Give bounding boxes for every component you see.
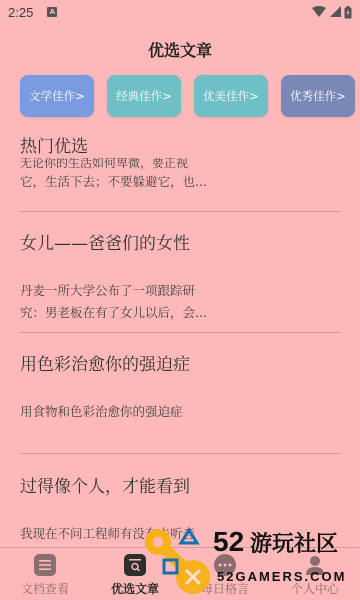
signal-icon [329,6,341,18]
article-search-icon [124,554,146,576]
status-bar: 2:25 A [0,0,360,24]
bottom-nav: 文档查看 优选文章 每日格言 个人中心 [0,547,360,600]
article-desc-line2: 它，生活下去；不要躲避它，也... [20,171,340,193]
page-title: 优选文章 [0,38,360,61]
article-desc-line1: 丹麦一所大学公布了一项跟踪研 [20,280,340,302]
list-item[interactable]: 过得像个人，才能看到 我现在不问工程师有没有去听音 乐、看展览，后工程... [20,454,340,547]
person-icon [304,554,326,576]
chat-bubble-icon [214,554,236,576]
category-row: 文学佳作> 经典佳作> 优美佳作> 优秀佳作> [20,75,355,117]
category-button-classic[interactable]: 经典佳作> [107,75,181,117]
article-desc-line2: 究：男老板在有了女儿以后，会... [20,302,340,324]
article-list[interactable]: 热门优选 无论你的生活如何卑微，要正视 它，生活下去；不要躲避它，也... 女儿… [20,122,340,547]
category-button-beautiful[interactable]: 优美佳作> [194,75,268,117]
battery-icon [344,6,352,19]
nav-label: 文档查看 [21,580,69,597]
wifi-icon [312,6,326,18]
nav-item-documents[interactable]: 文档查看 [0,548,90,600]
nav-item-articles[interactable]: 优选文章 [90,548,180,600]
article-title: 女儿——爸爸们的女性 [20,229,340,254]
status-time: 2:25 [8,5,33,20]
list-item[interactable]: 女儿——爸爸们的女性 丹麦一所大学公布了一项跟踪研 究：男老板在有了女儿以后，会… [20,212,340,333]
list-item[interactable]: 用色彩治愈你的强迫症 用食物和色彩治愈你的强迫症 [20,333,340,454]
nav-item-quotes[interactable]: 每日格言 [180,548,270,600]
document-icon [34,554,56,576]
article-desc-line1: 我现在不问工程师有没有去听音 [20,523,340,545]
nav-label: 优选文章 [111,580,159,597]
article-desc-line1: 无论你的生活如何卑微，要正视 [20,158,340,171]
notification-icon: A [47,7,57,17]
category-button-excellent[interactable]: 优秀佳作> [281,75,355,117]
article-desc-line1: 用食物和色彩治愈你的强迫症 [20,401,340,423]
list-item[interactable]: 热门优选 无论你的生活如何卑微，要正视 它，生活下去；不要躲避它，也... [20,122,340,212]
nav-label: 每日格言 [201,580,249,597]
article-title: 热门优选 [20,132,340,157]
article-title: 过得像个人，才能看到 [20,472,340,497]
nav-item-profile[interactable]: 个人中心 [270,548,360,600]
category-button-literature[interactable]: 文学佳作> [20,75,94,117]
article-title: 用色彩治愈你的强迫症 [20,350,340,375]
nav-label: 个人中心 [291,580,339,597]
